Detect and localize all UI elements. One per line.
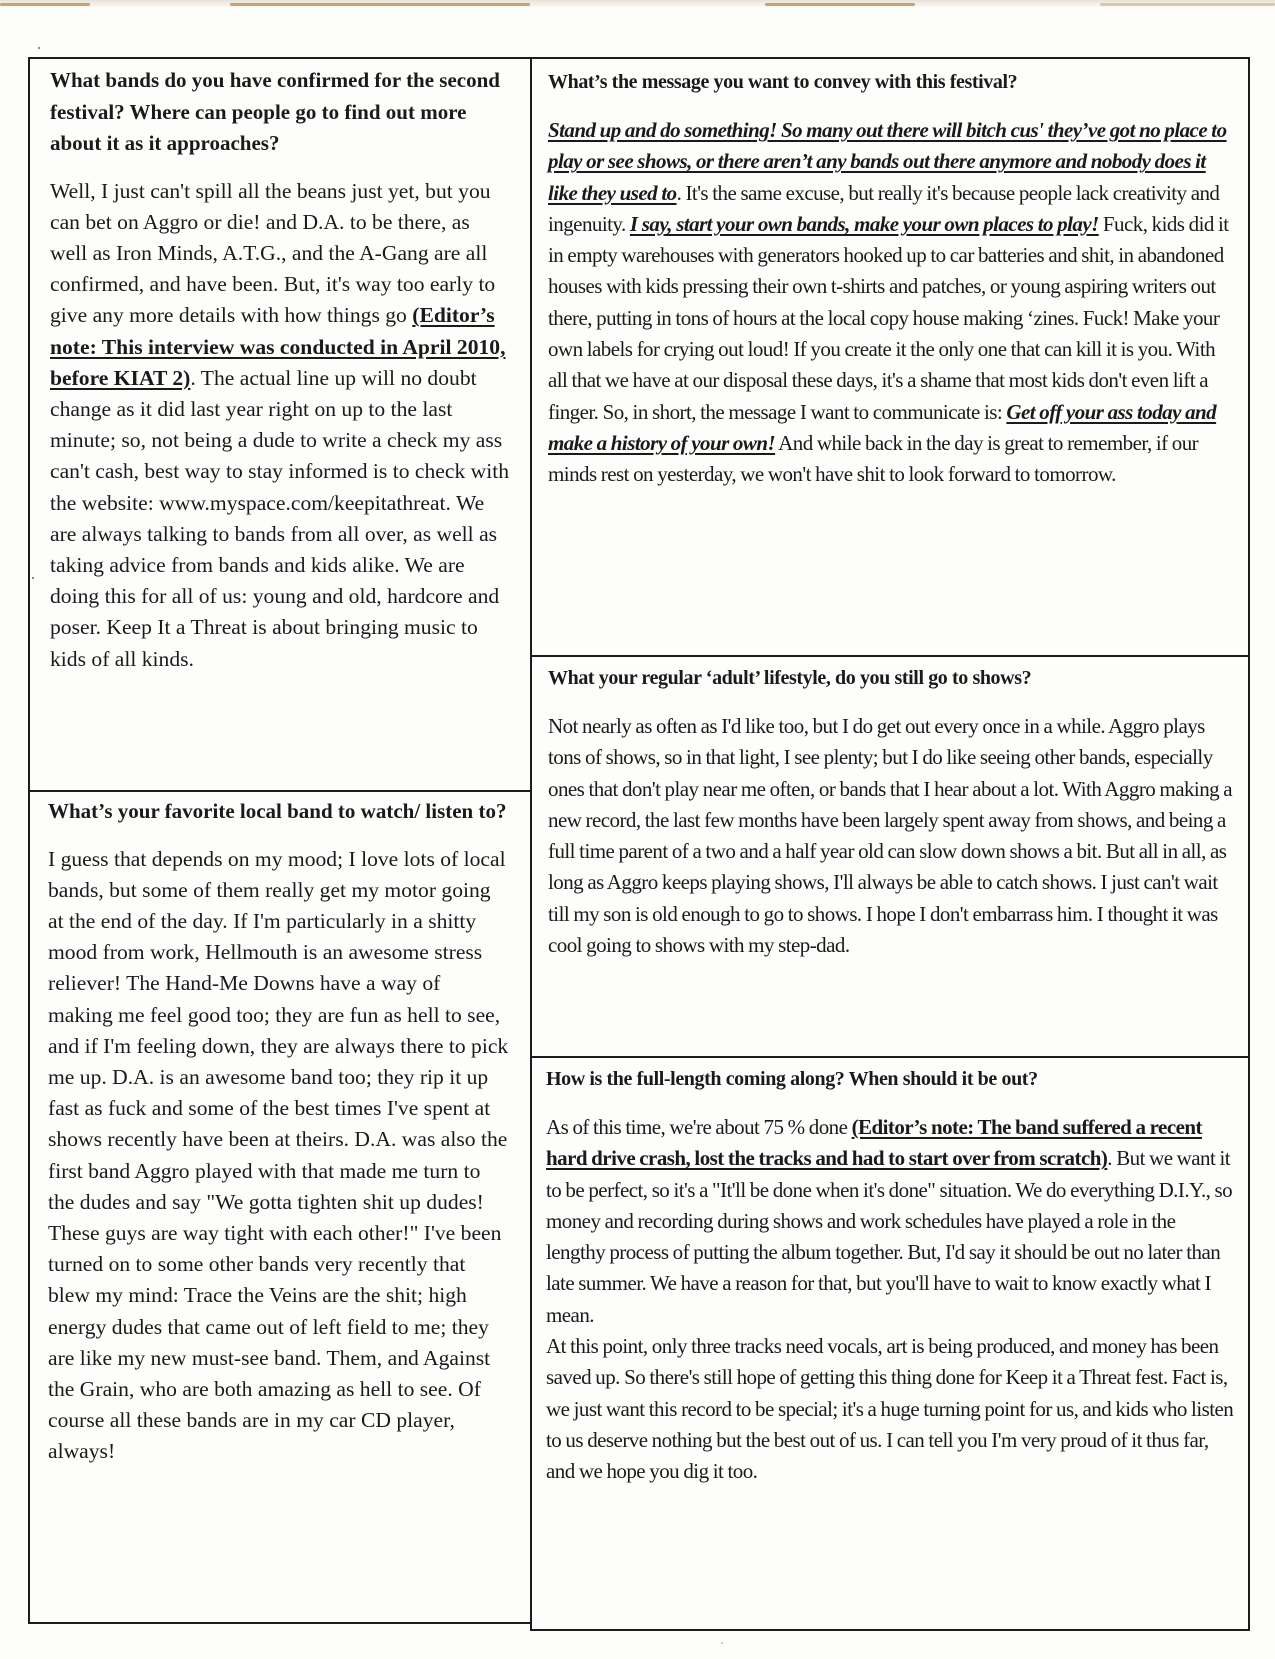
page-top-edge [0, 0, 1275, 8]
answer-segment: Fuck, kids did it in empty warehouses wi… [548, 212, 1229, 424]
answer-text-paragraph-2: At this point, only three tracks need vo… [546, 1331, 1238, 1487]
stain-streak [230, 3, 530, 6]
interview-box-bands-confirmed: What bands do you have confirmed for the… [28, 57, 532, 792]
stain-streak [765, 3, 915, 6]
answer-text: As of this time, we're about 75 % done (… [546, 1112, 1238, 1331]
paper-speck [38, 47, 40, 49]
answer-text: Well, I just can't spill all the beans j… [50, 176, 510, 675]
question-heading: What bands do you have confirmed for the… [50, 65, 510, 160]
stain-streak [1100, 3, 1275, 6]
emphasis-quote: I say, start your own bands, make your o… [630, 212, 1099, 236]
answer-segment: As of this time, we're about 75 % done [546, 1115, 852, 1139]
answer-segment: . But we want it to be perfect, so it's … [546, 1146, 1232, 1326]
question-heading: How is the full-length coming along? Whe… [546, 1064, 1238, 1094]
stain-streak [0, 3, 90, 6]
answer-text: I guess that depends on my mood; I love … [48, 844, 510, 1468]
question-heading: What your regular ‘adult’ lifestyle, do … [548, 663, 1240, 693]
paper-speck [721, 1642, 723, 1644]
interview-box-adult-lifestyle: What your regular ‘adult’ lifestyle, do … [530, 655, 1250, 1058]
interview-box-full-length: How is the full-length coming along? Whe… [530, 1056, 1250, 1631]
interview-box-favorite-band: What’s your favorite local band to watch… [28, 790, 532, 1624]
interview-box-festival-message: What’s the message you want to convey wi… [530, 57, 1250, 657]
answer-text: Stand up and do something! So many out t… [548, 115, 1238, 491]
answer-text: Not nearly as often as I'd like too, but… [548, 711, 1240, 961]
question-heading: What’s the message you want to convey wi… [548, 67, 1238, 97]
answer-segment: . The actual line up will no doubt chang… [50, 366, 509, 671]
question-heading: What’s your favorite local band to watch… [48, 796, 510, 828]
